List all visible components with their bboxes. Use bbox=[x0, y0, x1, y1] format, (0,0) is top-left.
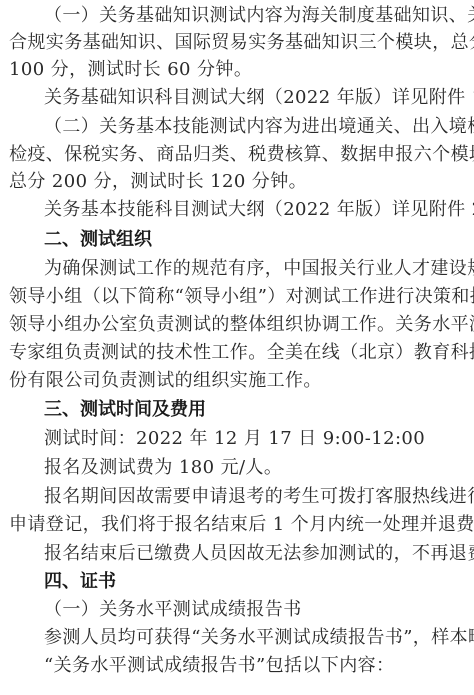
document-page: （一）关务基础知识测试内容为海关制度基础知识、关务合规实务基础知识、国际贸易实务… bbox=[0, 0, 474, 695]
paragraph-line: （一）关务基础知识测试内容为海关制度基础知识、关务 bbox=[44, 3, 468, 29]
paragraph-line: 100 分，测试时长 60 分钟。 bbox=[9, 57, 468, 83]
paragraph-line: 关务基本技能科目测试大纲（2022 年版）详见附件 2 bbox=[44, 197, 468, 223]
paragraph-line: 合规实务基础知识、国际贸易实务基础知识三个模块，总分 bbox=[9, 30, 468, 56]
section-heading: 二、测试组织 bbox=[44, 227, 468, 253]
paragraph-line: （一）关务水平测试成绩报告书 bbox=[44, 597, 468, 623]
paragraph-line: 报名结束后已缴费人员因故无法参加测试的，不再退费。 bbox=[44, 541, 468, 567]
paragraph-line: （二）关务基本技能测试内容为进出境通关、出入境检验 bbox=[44, 114, 468, 140]
paragraph-line: 申请登记，我们将于报名结束后 1 个月内统一处理并退费。 bbox=[9, 512, 468, 538]
paragraph-line: 参测人员均可获得“关务水平测试成绩报告书”，样本略。 bbox=[44, 625, 468, 651]
paragraph-line: 领导小组（以下简称“领导小组”）对测试工作进行决策和指导， bbox=[9, 284, 468, 310]
paragraph-line: 关务基础知识科目测试大纲（2022 年版）详见附件 1 bbox=[44, 85, 468, 111]
paragraph-line: 报名及测试费为 180 元/人。 bbox=[44, 455, 468, 481]
paragraph-line: 报名期间因故需要申请退考的考生可拨打客服热线进行 bbox=[44, 484, 468, 510]
paragraph-line: 为确保测试工作的规范有序，中国报关行业人才建设规划 bbox=[44, 256, 468, 282]
paragraph-line: “关务水平测试成绩报告书”包括以下内容： bbox=[44, 653, 468, 679]
paragraph-line: 检疫、保税实务、商品归类、税费核算、数据申报六个模块， bbox=[9, 142, 468, 168]
section-heading: 四、证书 bbox=[44, 569, 468, 595]
paragraph-line: 领导小组办公室负责测试的整体组织协调工作。关务水平测试 bbox=[9, 312, 468, 338]
paragraph-line: 测试时间：2022 年 12 月 17 日 9:00-12:00 bbox=[44, 426, 468, 452]
section-heading: 三、测试时间及费用 bbox=[44, 397, 468, 423]
paragraph-line: 份有限公司负责测试的组织实施工作。 bbox=[9, 368, 468, 394]
paragraph-line: 专家组负责测试的技术性工作。全美在线（北京）教育科技股 bbox=[9, 340, 468, 366]
paragraph-line: 总分 200 分，测试时长 120 分钟。 bbox=[9, 169, 468, 195]
